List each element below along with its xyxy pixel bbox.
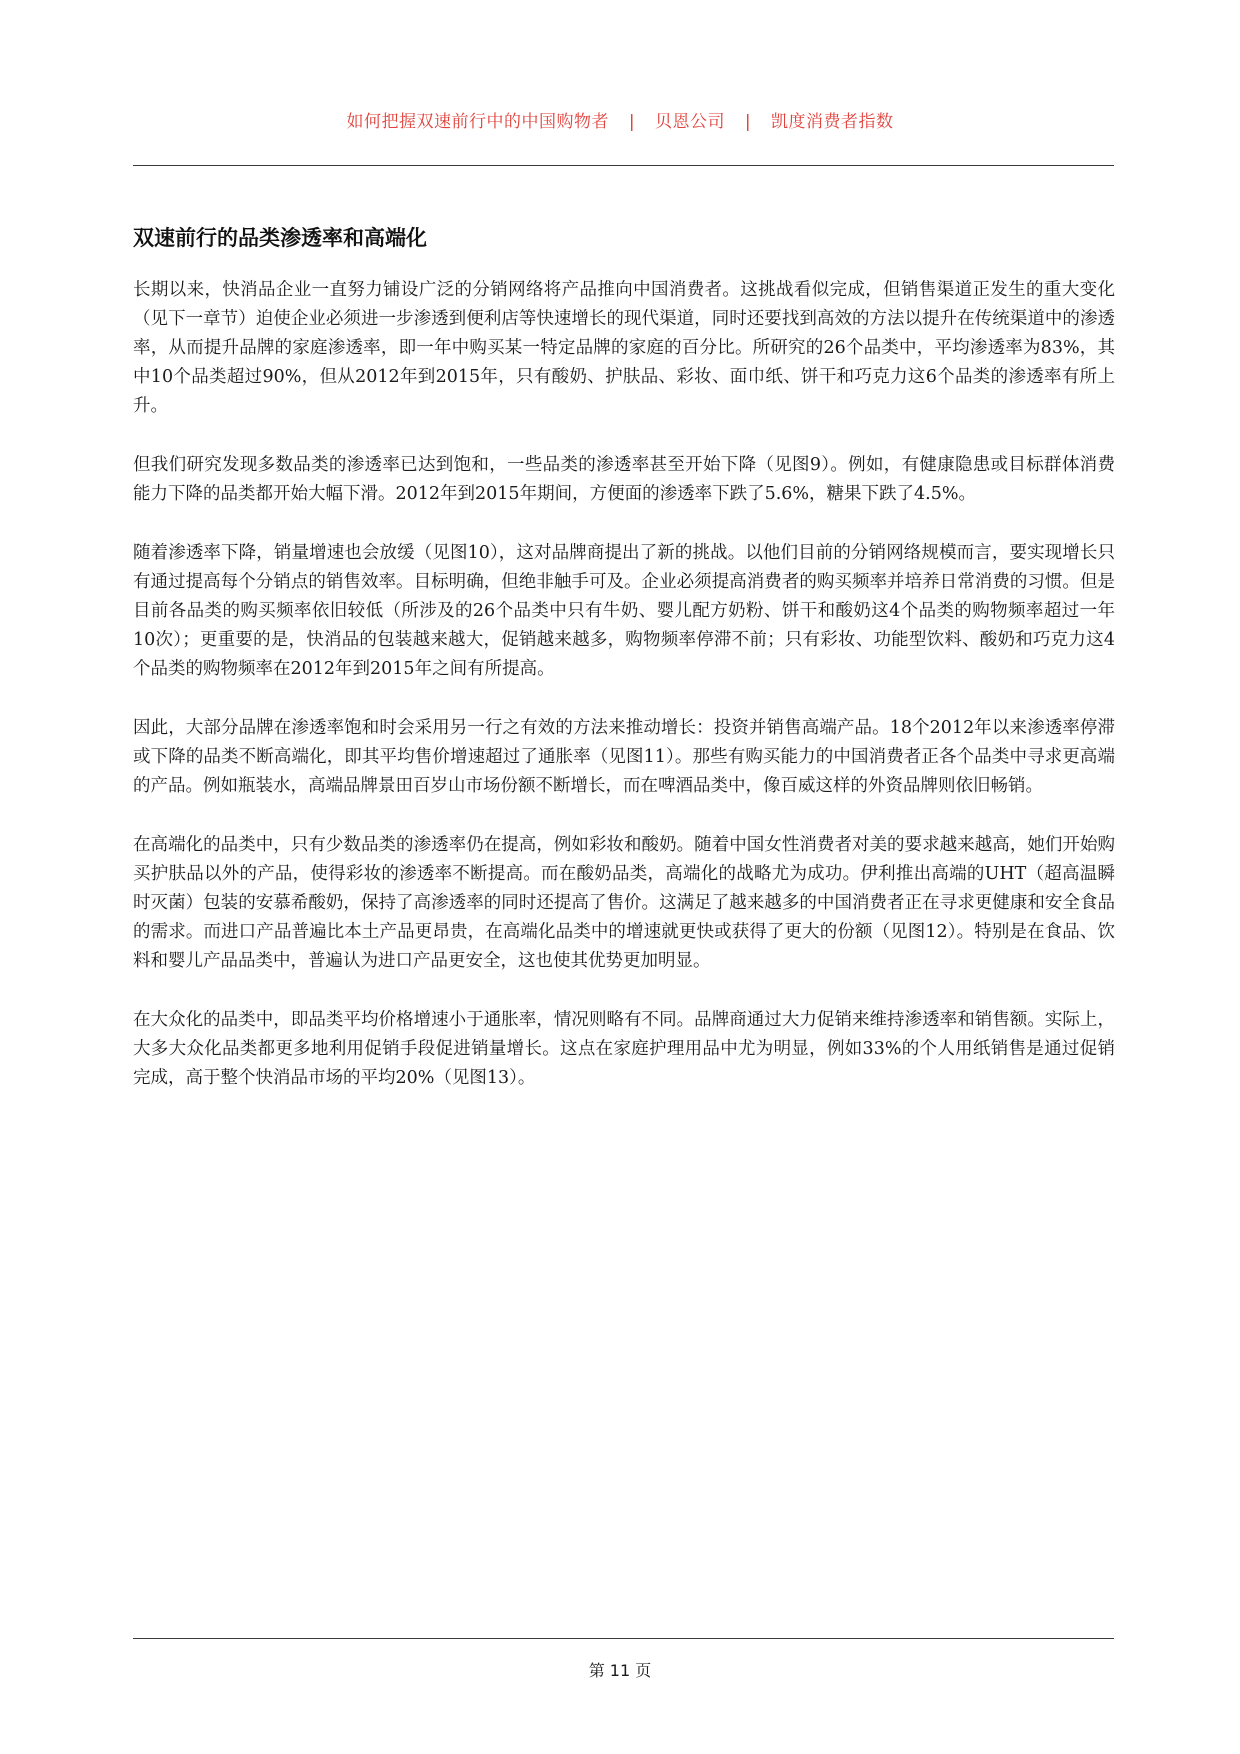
paragraph: 在高端化的品类中，只有少数品类的渗透率仍在提高，例如彩妆和酸奶。随着中国女性消费… (133, 831, 1115, 976)
header-report-title: 如何把握双速前行中的中国购物者 (346, 112, 609, 132)
header-divider (133, 165, 1114, 166)
paragraph: 但我们研究发现多数品类的渗透率已达到饱和，一些品类的渗透率甚至开始下降（见图9）… (133, 451, 1115, 509)
body-content: 长期以来，快消品企业一直努力铺设广泛的分销网络将产品推向中国消费者。这挑战看似完… (133, 276, 1115, 1123)
paragraph: 因此，大部分品牌在渗透率饱和时会采用另一行之有效的方法来推动增长：投资并销售高端… (133, 714, 1115, 801)
header-separator: | (745, 112, 751, 132)
page-header: 如何把握双速前行中的中国购物者 | 贝恩公司 | 凯度消费者指数 (0, 107, 1240, 132)
paragraph: 长期以来，快消品企业一直努力铺设广泛的分销网络将产品推向中国消费者。这挑战看似完… (133, 276, 1115, 421)
section-title: 双速前行的品类渗透率和高端化 (133, 222, 427, 252)
footer-divider (133, 1638, 1114, 1639)
header-company: 贝恩公司 (655, 112, 725, 132)
header-index-name: 凯度消费者指数 (771, 112, 894, 132)
paragraph: 在大众化的品类中，即品类平均价格增速小于通胀率，情况则略有不同。品牌商通过大力促… (133, 1006, 1115, 1093)
page-number: 第 11 页 (0, 1658, 1240, 1681)
header-separator: | (629, 112, 635, 132)
paragraph: 随着渗透率下降，销量增速也会放缓（见图10），这对品牌商提出了新的挑战。以他们目… (133, 539, 1115, 684)
